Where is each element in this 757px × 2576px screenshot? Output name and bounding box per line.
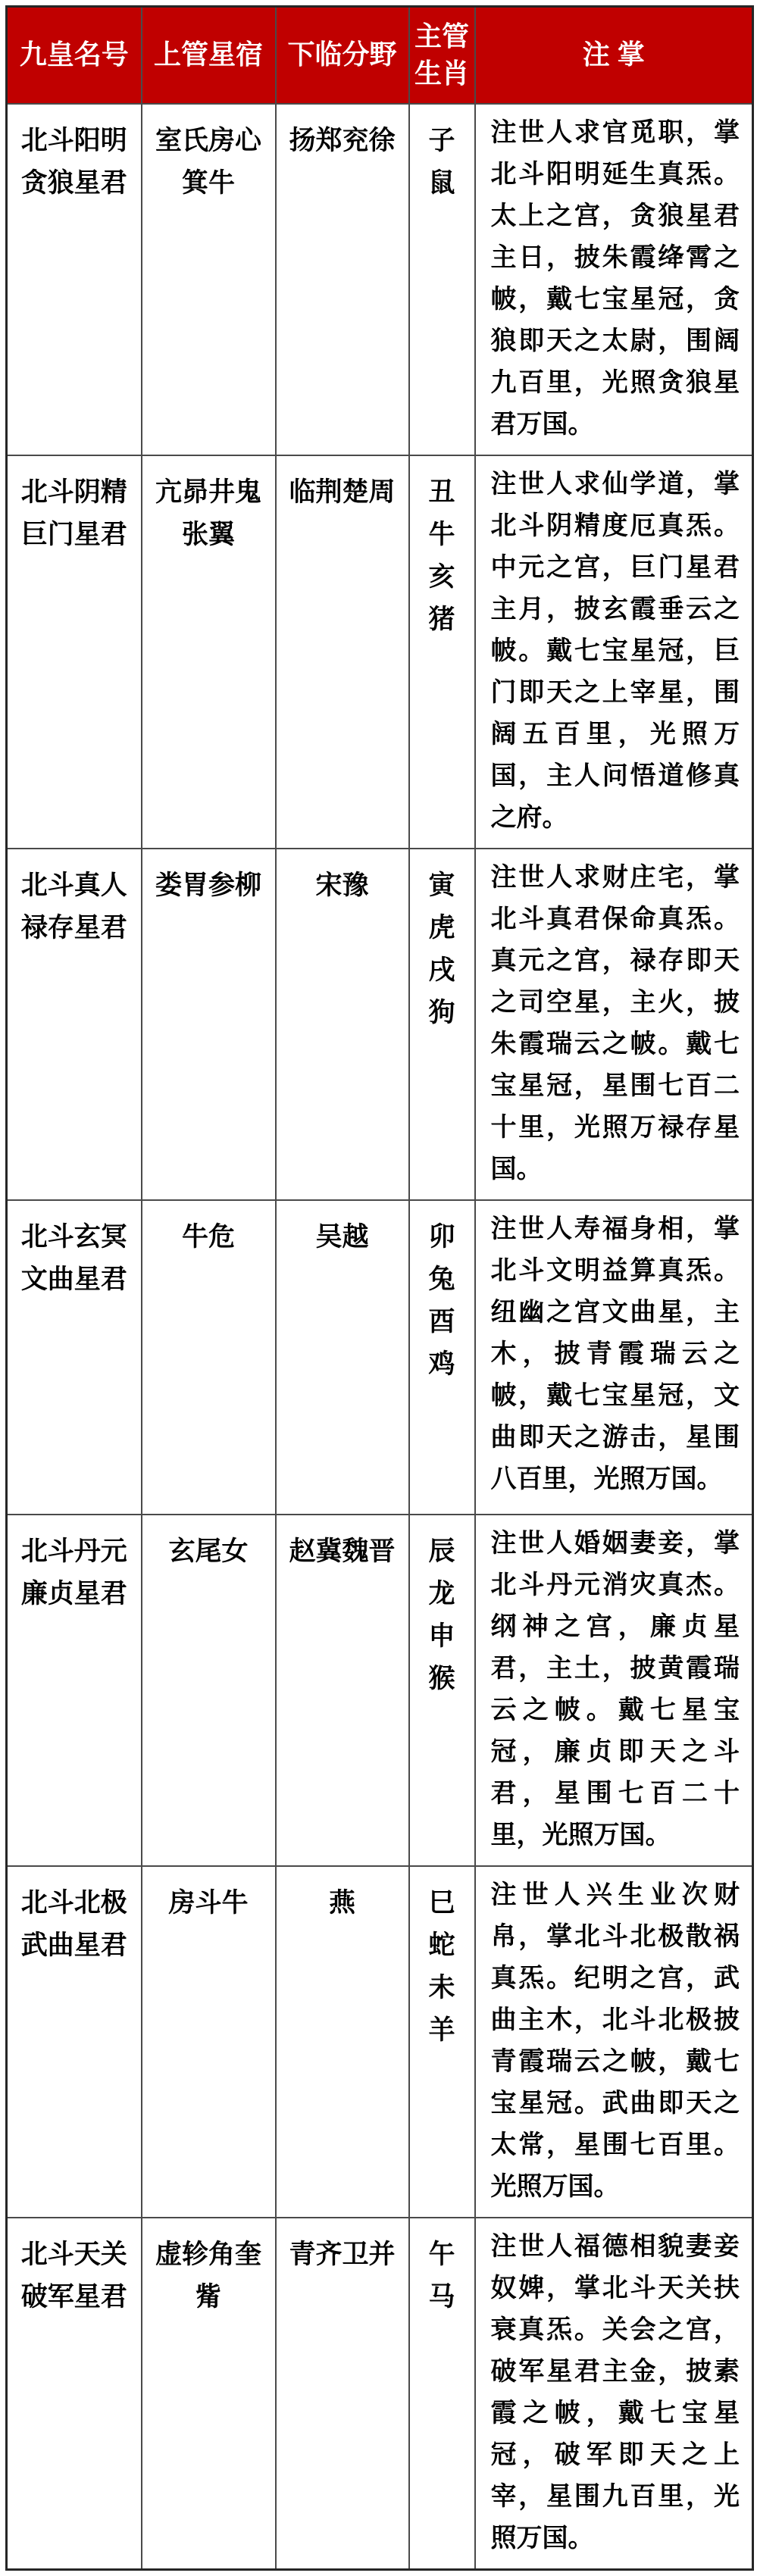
cell-zodiac: 午马 [409,2218,475,2570]
cell-emperor-name: 北斗玄冥文曲星君 [7,1200,142,1515]
cell-territory: 吴越 [276,1200,409,1515]
cell-constellations: 娄胃参柳 [142,849,276,1200]
cell-zodiac: 卯兔酉鸡 [409,1200,475,1515]
table-row: 北斗阳明贪狼星君 室氏房心箕牛 扬郑兖徐 子鼠 注世人求官觅职，掌北斗阳明延生真… [7,104,753,455]
cell-note: 注世人婚姻妻妾，掌北斗丹元消灾真杰。纲神之宫，廉贞星君，主土，披黄霞瑞云之帔。戴… [475,1515,753,1866]
column-header-zodiac: 主管生肖 [409,7,475,104]
cell-constellations: 房斗牛 [142,1866,276,2218]
table-body: 北斗阳明贪狼星君 室氏房心箕牛 扬郑兖徐 子鼠 注世人求官觅职，掌北斗阳明延生真… [7,104,753,2570]
cell-emperor-name: 北斗真人禄存星君 [7,849,142,1200]
cell-zodiac: 丑牛亥猪 [409,455,475,849]
cell-zodiac: 辰龙申猴 [409,1515,475,1866]
column-header-notes: 注 掌 [475,7,753,104]
cell-note: 注世人求官觅职，掌北斗阳明延生真炁。太上之宫，贪狼星君主日，披朱霞绛霄之帔，戴七… [475,104,753,455]
cell-territory: 扬郑兖徐 [276,104,409,455]
table-row: 北斗阴精巨门星君 亢昴井鬼张翼 临荆楚周 丑牛亥猪 注世人求仙学道，掌北斗阴精度… [7,455,753,849]
table-row: 北斗玄冥文曲星君 牛危 吴越 卯兔酉鸡 注世人寿福身相，掌北斗文明益算真炁。纽幽… [7,1200,753,1515]
cell-note: 注世人兴生业次财帛，掌北斗北极散祸真炁。纪明之宫，武曲主木，北斗北极披青霞瑞云之… [475,1866,753,2218]
cell-constellations: 亢昴井鬼张翼 [142,455,276,849]
cell-emperor-name: 北斗北极武曲星君 [7,1866,142,2218]
table-row: 北斗真人禄存星君 娄胃参柳 宋豫 寅虎戌狗 注世人求财庄宅，掌北斗真君保命真炁。… [7,849,753,1200]
nine-emperors-table: 九皇名号 上管星宿 下临分野 主管生肖 注 掌 北斗阳明贪狼星君 室氏房心箕牛 … [5,5,754,2571]
cell-territory: 燕 [276,1866,409,2218]
cell-note: 注世人福德相貌妻妾奴婢，掌北斗天关扶衰真炁。关会之宫，破军星君主金，披素霞之帔，… [475,2218,753,2570]
cell-note: 注世人求仙学道，掌北斗阴精度厄真炁。中元之宫，巨门星君主月，披玄霞垂云之帔。戴七… [475,455,753,849]
cell-emperor-name: 北斗阳明贪狼星君 [7,104,142,455]
cell-zodiac: 巳蛇未羊 [409,1866,475,2218]
cell-constellations: 室氏房心箕牛 [142,104,276,455]
cell-emperor-name: 北斗阴精巨门星君 [7,455,142,849]
cell-zodiac: 子鼠 [409,104,475,455]
column-header-emperor-name: 九皇名号 [7,7,142,104]
table-row: 北斗天关破军星君 虚轸角奎觜 青齐卫并 午马 注世人福德相貌妻妾奴婢，掌北斗天关… [7,2218,753,2570]
cell-zodiac: 寅虎戌狗 [409,849,475,1200]
page: 九皇名号 上管星宿 下临分野 主管生肖 注 掌 北斗阳明贪狼星君 室氏房心箕牛 … [0,0,757,2576]
column-header-constellations: 上管星宿 [142,7,276,104]
cell-constellations: 牛危 [142,1200,276,1515]
cell-constellations: 玄尾女 [142,1515,276,1866]
cell-note: 注世人寿福身相，掌北斗文明益算真炁。纽幽之宫文曲星，主木，披青霞瑞云之帔，戴七宝… [475,1200,753,1515]
cell-territory: 临荆楚周 [276,455,409,849]
table-row: 北斗丹元廉贞星君 玄尾女 赵冀魏晋 辰龙申猴 注世人婚姻妻妾，掌北斗丹元消灾真杰… [7,1515,753,1866]
table-header-row: 九皇名号 上管星宿 下临分野 主管生肖 注 掌 [7,7,753,104]
cell-note: 注世人求财庄宅，掌北斗真君保命真炁。真元之宫，禄存即天之司空星，主火，披朱霞瑞云… [475,849,753,1200]
cell-constellations: 虚轸角奎觜 [142,2218,276,2570]
table-row: 北斗北极武曲星君 房斗牛 燕 巳蛇未羊 注世人兴生业次财帛，掌北斗北极散祸真炁。… [7,1866,753,2218]
cell-territory: 赵冀魏晋 [276,1515,409,1866]
cell-emperor-name: 北斗天关破军星君 [7,2218,142,2570]
cell-territory: 青齐卫并 [276,2218,409,2570]
cell-territory: 宋豫 [276,849,409,1200]
cell-emperor-name: 北斗丹元廉贞星君 [7,1515,142,1866]
column-header-territory: 下临分野 [276,7,409,104]
